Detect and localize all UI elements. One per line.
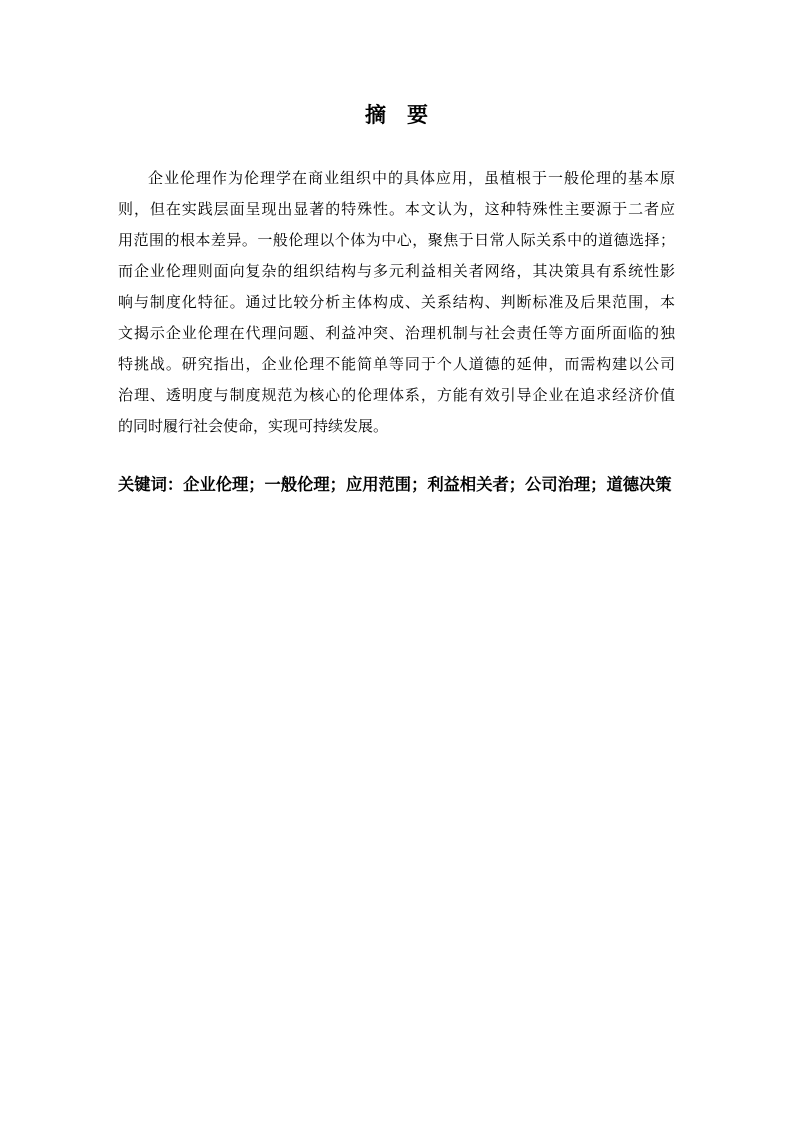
- keywords-line: 关键词：企业伦理；一般伦理；应用范围；利益相关者；公司治理；道德决策: [118, 469, 678, 500]
- abstract-line: 而企业伦理则面向复杂的组织结构与多元利益相关者网络，其决策具有系统性影: [118, 257, 675, 288]
- abstract-line: 企业伦理作为伦理学在商业组织中的具体应用，虽植根于一般伦理的基本原: [118, 164, 675, 195]
- abstract-paragraph: 企业伦理作为伦理学在商业组织中的具体应用，虽植根于一般伦理的基本原 则，但在实践…: [118, 164, 675, 443]
- document-page: 摘 要 企业伦理作为伦理学在商业组织中的具体应用，虽植根于一般伦理的基本原 则，…: [0, 0, 793, 1122]
- abstract-line: 治理、透明度与制度规范为核心的伦理体系，方能有效引导企业在追求经济价值: [118, 381, 675, 412]
- abstract-line: 则，但在实践层面呈现出显著的特殊性。本文认为，这种特殊性主要源于二者应: [118, 195, 675, 226]
- abstract-line: 用范围的根本差异。一般伦理以个体为中心，聚焦于日常人际关系中的道德选择；: [118, 226, 675, 257]
- page-title: 摘 要: [0, 103, 793, 128]
- abstract-line: 的同时履行社会使命，实现可持续发展。: [118, 412, 675, 443]
- abstract-line: 文揭示企业伦理在代理问题、利益冲突、治理机制与社会责任等方面所面临的独: [118, 319, 675, 350]
- abstract-line: 特挑战。研究指出，企业伦理不能简单等同于个人道德的延伸，而需构建以公司: [118, 350, 675, 381]
- abstract-line: 响与制度化特征。通过比较分析主体构成、关系结构、判断标准及后果范围，本: [118, 288, 675, 319]
